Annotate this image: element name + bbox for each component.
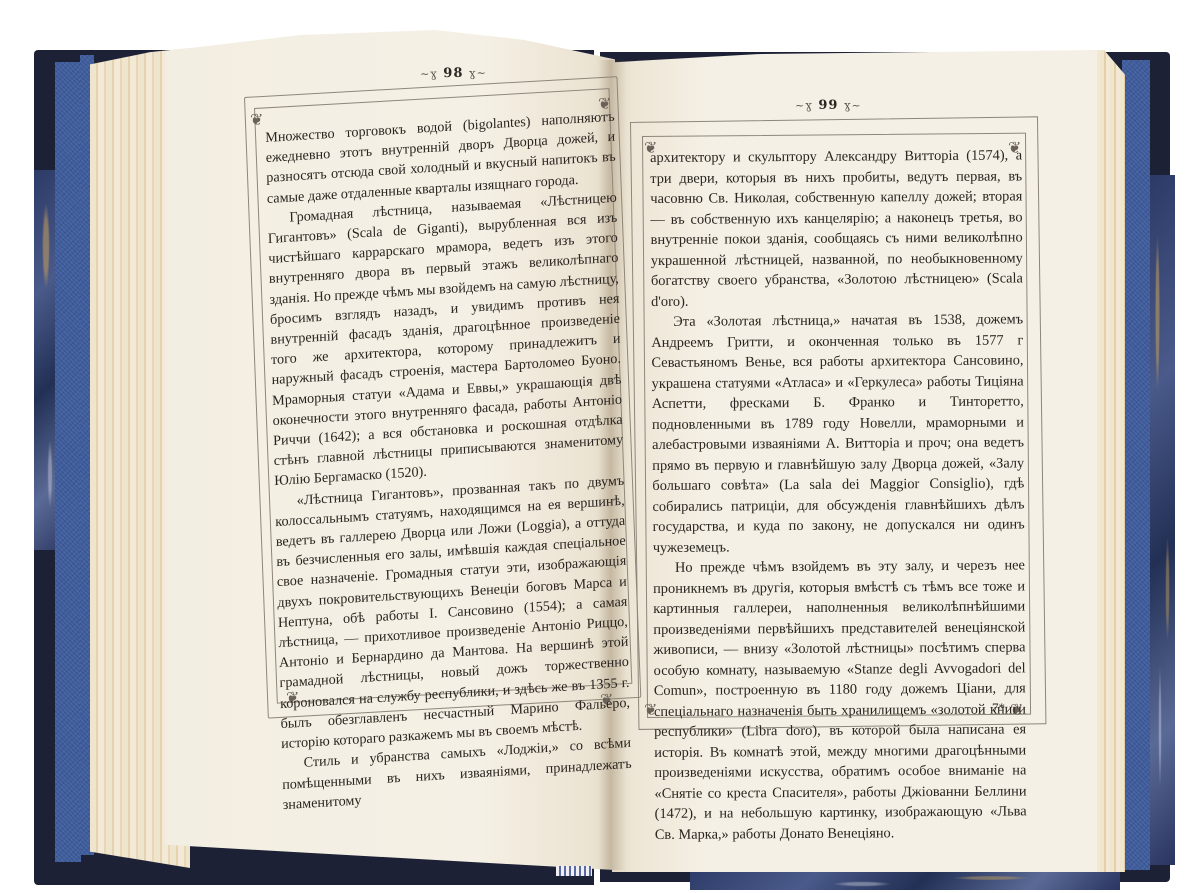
ornament-icon: ɣ~ [844,99,862,112]
paragraph: «Лѣстница Гигантовъ», прозванная такъ по… [275,470,631,754]
page-number: 99 [818,98,838,113]
endpaper-left [55,62,81,862]
open-book-photo: ~ɣ 98 ɣ~ ❦ ❦ ❦ ❦ Множество торговокъ вод… [0,0,1200,893]
left-page-text: Множество торговокъ водой (bigolantes) н… [265,107,632,815]
page-number-right: ~ɣ 99 ɣ~ [795,98,862,113]
page-number: 98 [443,66,463,81]
marbled-paper-right [1150,175,1175,865]
signature-mark: 7* [992,700,1005,716]
paragraph: архитектору и скульптору Александру Витт… [650,145,1023,312]
paragraph: Громадная лѣстница, называемая «Лѣстнице… [267,187,624,491]
headband [556,866,592,876]
ornament-icon: ~ɣ [795,99,813,112]
right-page-text: архитектору и скульптору Александру Витт… [650,145,1027,845]
paragraph: Но прежде чѣмъ взойдемъ въ эту залу, и ч… [653,555,1027,845]
page-number-left: ~ɣ 98 ɣ~ [420,65,487,81]
flourish-corner-icon: ❦ [250,112,263,128]
ornament-icon: ɣ~ [469,66,487,79]
paragraph: Эта «Золотая лѣстница,» начатая въ 1538,… [651,309,1025,558]
endpaper-right [1122,60,1150,870]
ornament-icon: ~ɣ [420,67,438,80]
